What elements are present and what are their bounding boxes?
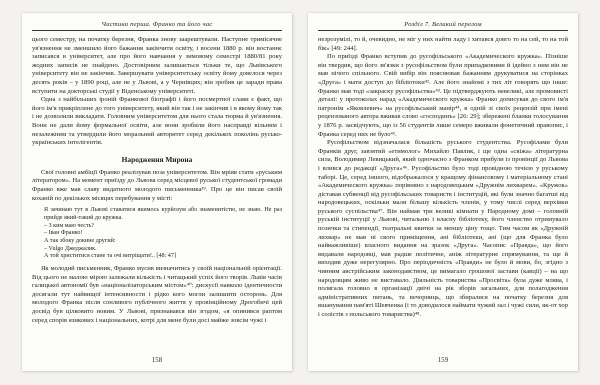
paragraph: Русофільством відзначалася більшість рус… — [318, 139, 568, 319]
header-rule-right — [318, 30, 568, 31]
section-heading: Народження Мирона — [32, 155, 282, 164]
running-header-right: Розділ 7. Великий перелом — [318, 20, 568, 29]
paragraph: По приїзді Франко вступив до русофільськ… — [318, 53, 568, 139]
quote-line: А той христитися стане та очі витріщати!… — [44, 253, 282, 261]
block-quote: Я зачинаю тут в Львові ставатися якимось… — [44, 207, 282, 261]
quote-line: – З ким маю честь? — [44, 223, 282, 231]
paragraph: Одна з найбільших іроній Франкової біогр… — [32, 96, 282, 148]
page-number-right: 159 — [318, 354, 568, 365]
left-page-body: цього семестру, на початку березня, Фран… — [32, 36, 282, 354]
quote-line: А так збоку докине другий: — [44, 238, 282, 246]
header-rule-left — [32, 30, 282, 31]
left-page: Частина перша. Франко та його час цього … — [22, 13, 292, 371]
right-page-body: незрозумілі, то й, очевидно, не міг у ни… — [318, 36, 568, 354]
page-number-left: 158 — [32, 354, 282, 365]
right-page: Розділ 7. Великий перелом незрозумілі, т… — [308, 13, 578, 371]
quote-line: Я зачинаю тут в Львові ставатися якимось… — [44, 207, 282, 222]
paragraph: Свої головні амбіції Франко реалізував п… — [32, 169, 282, 203]
paragraph: незрозумілі, то й, очевидно, не міг у ни… — [318, 36, 568, 53]
paragraph: цього семестру, на початку березня, Фран… — [32, 36, 282, 96]
paragraph: Як молодий письменник, Франко мусив визн… — [32, 265, 282, 325]
quote-line: – Іван Франко! — [44, 230, 282, 238]
book-spread: Частина перша. Франко та його час цього … — [0, 0, 600, 385]
running-header-left: Частина перша. Франко та його час — [32, 20, 282, 29]
